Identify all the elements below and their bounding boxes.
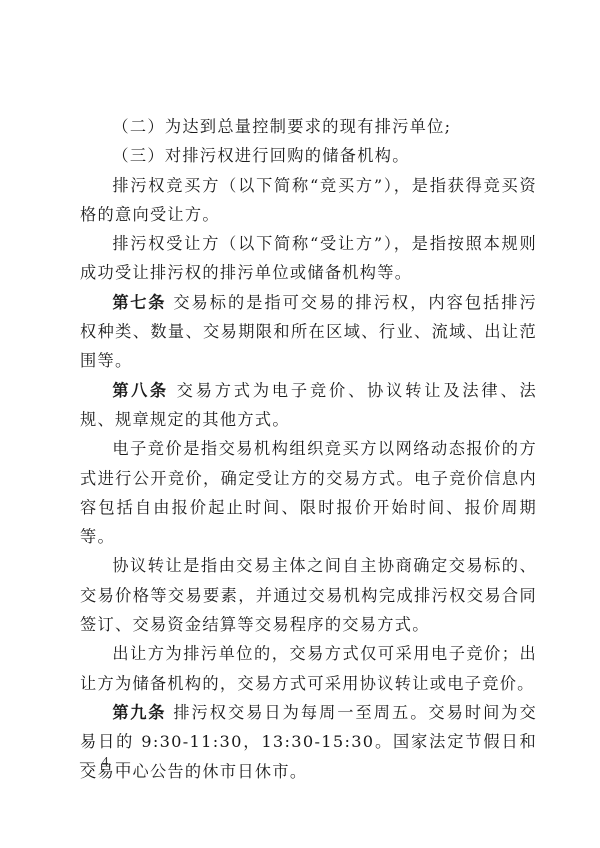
paragraph-bidder-definition: 排污权竞买方（以下简称“竞买方”），是指获得竞买资格的意向受让方。 [80,171,537,230]
paragraph-electronic-bidding: 电子竞价是指交易机构组织竞买方以网络动态报价的方式进行公开竞价，确定受让方的交易… [80,434,537,551]
paragraph-text: （三）对排污权进行回购的储备机构。 [112,146,409,165]
article-number: 第八条 [112,381,168,400]
paragraph-text: 出让方为排污单位的，交易方式仅可采用电子竞价；出让方为储备机构的，交易方式可采用… [80,644,537,692]
article-number: 第七条 [112,293,166,312]
document-body: （二）为达到总量控制要求的现有排污单位; （三）对排污权进行回购的储备机构。 排… [80,112,537,786]
paragraph-item-2: （二）为达到总量控制要求的现有排污单位; [80,112,537,141]
paragraph-text: 排污权竞买方（以下简称“竞买方”），是指获得竞买资格的意向受让方。 [80,176,537,224]
paragraph-transferee-definition: 排污权受让方（以下简称“受让方”），是指按照本规则成功受让排污权的排污单位或储备… [80,229,537,288]
page-number: — 4 — [80,755,132,771]
paragraph-item-3: （三）对排污权进行回购的储备机构。 [80,141,537,170]
paragraph-negotiated-transfer: 协议转让是指由交易主体之间自主协商确定交易标的、交易价格等交易要素，并通过交易机… [80,551,537,639]
paragraph-text: （二）为达到总量控制要求的现有排污单位; [112,117,451,136]
article-number: 第九条 [112,703,166,722]
paragraph-text: 电子竞价是指交易机构组织竞买方以网络动态报价的方式进行公开竞价，确定受让方的交易… [80,439,537,546]
article-8: 第八条 交易方式为电子竞价、协议转让及法律、法规、规章规定的其他方式。 [80,376,537,435]
paragraph-text: 排污权受让方（以下简称“受让方”），是指按照本规则成功受让排污权的排污单位或储备… [80,234,537,282]
paragraph-transferor-rules: 出让方为排污单位的，交易方式仅可采用电子竞价；出让方为储备机构的，交易方式可采用… [80,639,537,698]
article-9: 第九条 排污权交易日为每周一至周五。交易时间为交易日的 9:30-11:30，1… [80,698,537,786]
article-7: 第七条 交易标的是指可交易的排污权，内容包括排污权种类、数量、交易期限和所在区域… [80,288,537,376]
paragraph-text: 协议转让是指由交易主体之间自主协商确定交易标的、交易价格等交易要素，并通过交易机… [80,556,537,634]
